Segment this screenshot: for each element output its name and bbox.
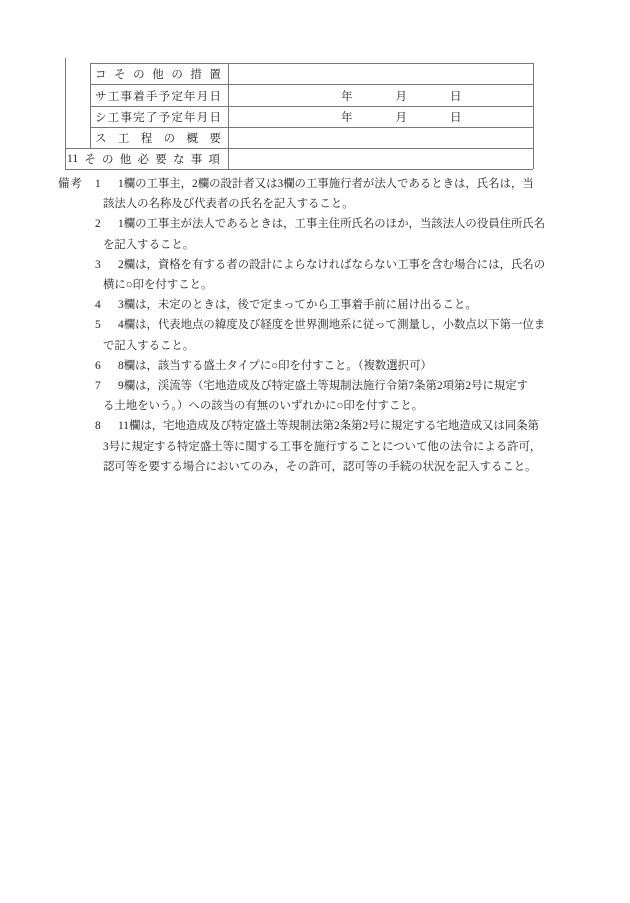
- remark-item-6: 68欄は，該当する盛土タイプに○印を付すこと。（複数選択可）: [95, 356, 540, 376]
- table-border-left: [65, 58, 66, 169]
- remark-line: 11欄の工事主，2欄の設計者又は3欄の工事施行者が法人であるときは，氏名は，当: [95, 174, 540, 194]
- remark-line: 68欄は，該当する盛土タイプに○印を付すこと。（複数選択可）: [95, 356, 540, 376]
- remark-number: 2: [95, 214, 118, 234]
- table-border-right: [533, 63, 534, 169]
- remarks-section: 備考 11欄の工事主，2欄の設計者又は3欄の工事施行者が法人であるときは，氏名は…: [58, 174, 540, 477]
- remark-line: 該法人の名称及び代表者の氏名を記入すること。: [103, 194, 540, 214]
- remark-item-7: 79欄は，渓流等（宅地造成及び特定盛土等規制法施行令第7条第2項第2号に規定す …: [95, 376, 540, 416]
- month-label: 月: [396, 88, 408, 104]
- row-shi-construction-completion-date-value: 年 月 日: [229, 107, 532, 127]
- remark-line: 32欄は，資格を有する者の設計によらなければならない工事を含む場合には，氏名の: [95, 255, 540, 275]
- remark-number: 8: [95, 416, 118, 436]
- row-sa-construction-start-date-value: 年 月 日: [229, 85, 532, 106]
- remark-line: を記入すること。: [103, 235, 540, 255]
- remark-number: 5: [95, 315, 118, 335]
- remark-number: 3: [95, 255, 118, 275]
- remark-line: 811欄は，宅地造成及び特定盛土等規制法第2条第2号に規定する宅地造成又は同条第: [95, 416, 540, 436]
- document-page: コその他の措置 サ工事着手予定年月日 年 月 日 シ工事完了予定年月日 年 月 …: [0, 0, 630, 903]
- day-label: 日: [450, 109, 462, 125]
- row-su-process-outline-value: [229, 128, 532, 148]
- remark-number: 1: [95, 174, 118, 194]
- remarks-heading: 備考: [58, 174, 95, 477]
- year-label: 年: [341, 88, 353, 104]
- year-label: 年: [341, 109, 353, 125]
- remark-number: 4: [95, 295, 118, 315]
- month-label: 月: [396, 109, 408, 125]
- remark-item-3: 32欄は，資格を有する者の設計によらなければならない工事を含む場合には，氏名の …: [95, 255, 540, 295]
- remark-line: 横に○印を付すこと。: [103, 275, 540, 295]
- row-11-other-necessary-matters-value: [229, 149, 532, 168]
- remark-line: 3号に規定する特定盛土等に関する工事を施行することについて他の法令による許可，: [103, 437, 540, 457]
- day-label: 日: [450, 88, 462, 104]
- remark-number: 7: [95, 376, 118, 396]
- remark-line: 79欄は，渓流等（宅地造成及び特定盛土等規制法施行令第7条第2項第2号に規定す: [95, 376, 540, 396]
- row-sa-construction-start-date-label: サ工事着手予定年月日: [95, 85, 221, 106]
- remark-line: 21欄の工事主が法人であるときは，工事主住所氏名のほか，当該法人の役員住所氏名: [95, 214, 540, 234]
- row-ko-other-measures-label: コその他の措置: [95, 64, 221, 84]
- remark-line: 43欄は，未定のときは，後で定まってから工事着手前に届け出ること。: [95, 295, 540, 315]
- remark-line: る土地をいう。）への該当の有無のいずれかに○印を付すこと。: [103, 396, 540, 416]
- row-11-other-necessary-matters-label: 11その他必要な事項: [67, 149, 220, 168]
- remark-line: 54欄は，代表地点の緯度及び経度を世界測地系に従って測量し，小数点以下第一位ま: [95, 315, 540, 335]
- row-shi-construction-completion-date-label: シ工事完了予定年月日: [95, 107, 221, 127]
- remark-item-5: 54欄は，代表地点の緯度及び経度を世界測地系に従って測量し，小数点以下第一位ま …: [95, 315, 540, 355]
- remark-item-4: 43欄は，未定のときは，後で定まってから工事着手前に届け出ること。: [95, 295, 540, 315]
- table-border-bottom: [65, 169, 533, 170]
- remark-line: で記入すること。: [103, 336, 540, 356]
- remark-item-8: 811欄は，宅地造成及び特定盛土等規制法第2条第2号に規定する宅地造成又は同条第…: [95, 416, 540, 477]
- remark-item-1: 11欄の工事主，2欄の設計者又は3欄の工事施行者が法人であるときは，氏名は，当 …: [95, 174, 540, 214]
- remark-number: 6: [95, 356, 118, 376]
- row-ko-other-measures-value: [229, 64, 532, 84]
- remark-line: 認可等を要する場合においてのみ，その許可，認可等の手続の状況を記入すること。: [103, 457, 540, 477]
- table-column-divider: [90, 63, 91, 148]
- remarks-list: 11欄の工事主，2欄の設計者又は3欄の工事施行者が法人であるときは，氏名は，当 …: [95, 174, 540, 477]
- remark-item-2: 21欄の工事主が法人であるときは，工事主住所氏名のほか，当該法人の役員住所氏名 …: [95, 214, 540, 254]
- row-su-process-outline-label: ス工程の概要: [95, 128, 221, 148]
